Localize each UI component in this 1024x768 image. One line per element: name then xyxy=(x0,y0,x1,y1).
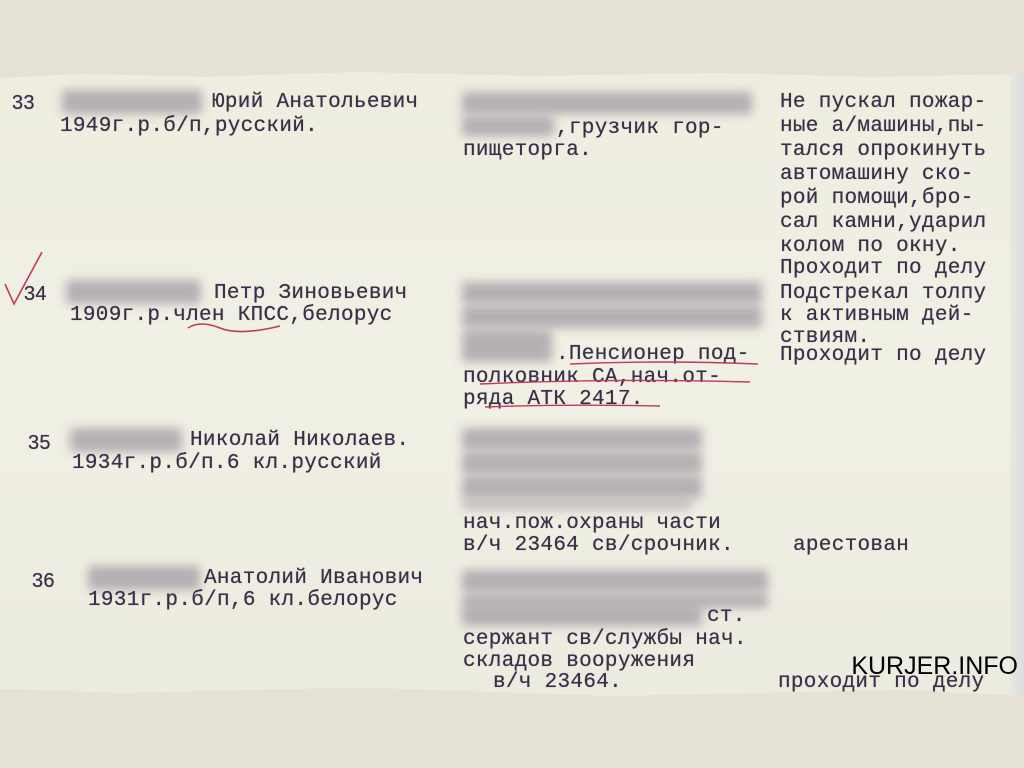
occupation-line: складов вооружения xyxy=(463,651,695,673)
entry-number: 33 xyxy=(12,92,35,114)
occupation-line: в/ч 23464. xyxy=(493,672,622,694)
occupation-line: в/ч 23464 св/срочник. xyxy=(463,535,734,557)
entry-name: Николай Николаев. xyxy=(190,430,409,452)
entry-number: 36 xyxy=(32,570,55,592)
red-underline xyxy=(460,360,760,420)
action-line: Проходит по делу xyxy=(780,258,986,280)
redacted-surname xyxy=(66,280,201,304)
redacted-surname xyxy=(70,428,182,452)
redacted-address xyxy=(462,116,554,136)
redacted-address xyxy=(462,606,702,626)
redacted-address xyxy=(462,570,768,592)
redacted-address xyxy=(462,282,762,304)
redacted-surname xyxy=(62,90,202,114)
entry-details: 1934г.р.б/п.6 кл.русский xyxy=(72,453,382,475)
red-underline xyxy=(180,318,290,338)
occupation-line: ,грузчик гор- xyxy=(556,118,724,140)
redacted-address xyxy=(462,476,702,498)
occupation-line: сержант св/службы нач. xyxy=(463,629,747,651)
action-line: ные а/машины,пы- xyxy=(780,116,986,138)
redacted-surname xyxy=(88,566,200,590)
occupation-line: нач.пож.охраны части xyxy=(463,513,721,535)
action-line: сал камни,ударил xyxy=(780,212,986,234)
entry-name: Юрий Анатольевич xyxy=(212,92,418,114)
action-line: к активным дей- xyxy=(780,305,974,327)
action-line: Не пускал пожар- xyxy=(780,92,986,114)
action-line: тался опрокинуть xyxy=(780,140,986,162)
entry-number: 35 xyxy=(28,432,51,454)
redacted-address xyxy=(462,428,702,450)
occupation-line: ст. xyxy=(707,606,746,628)
entry-number: 34 xyxy=(24,283,47,305)
redacted-address xyxy=(462,452,702,474)
action-line: автомашину ско- xyxy=(780,164,974,186)
entry-name: Петр Зиновьевич xyxy=(214,283,408,305)
entry-details: 1949г.р.б/п,русский. xyxy=(60,116,318,138)
entry-details: 1931г.р.б/п,6 кл.белорус xyxy=(88,590,398,612)
action-line: арестован xyxy=(793,535,909,557)
action-line: рой помощи,бро- xyxy=(780,188,974,210)
entry-name: Анатолий Иванович xyxy=(204,568,423,590)
action-line: Подстрекал толпу xyxy=(780,283,986,305)
redacted-address xyxy=(462,306,762,328)
action-line: Проходит по делу xyxy=(780,345,986,367)
action-line: колом по окну. xyxy=(780,236,961,258)
redacted-address xyxy=(462,330,552,362)
redacted-address xyxy=(462,498,692,510)
page-edge xyxy=(1010,72,1024,696)
redacted-address xyxy=(462,92,752,114)
watermark: KURJER.INFO xyxy=(851,652,1018,681)
occupation-line: пищеторга. xyxy=(463,140,592,162)
